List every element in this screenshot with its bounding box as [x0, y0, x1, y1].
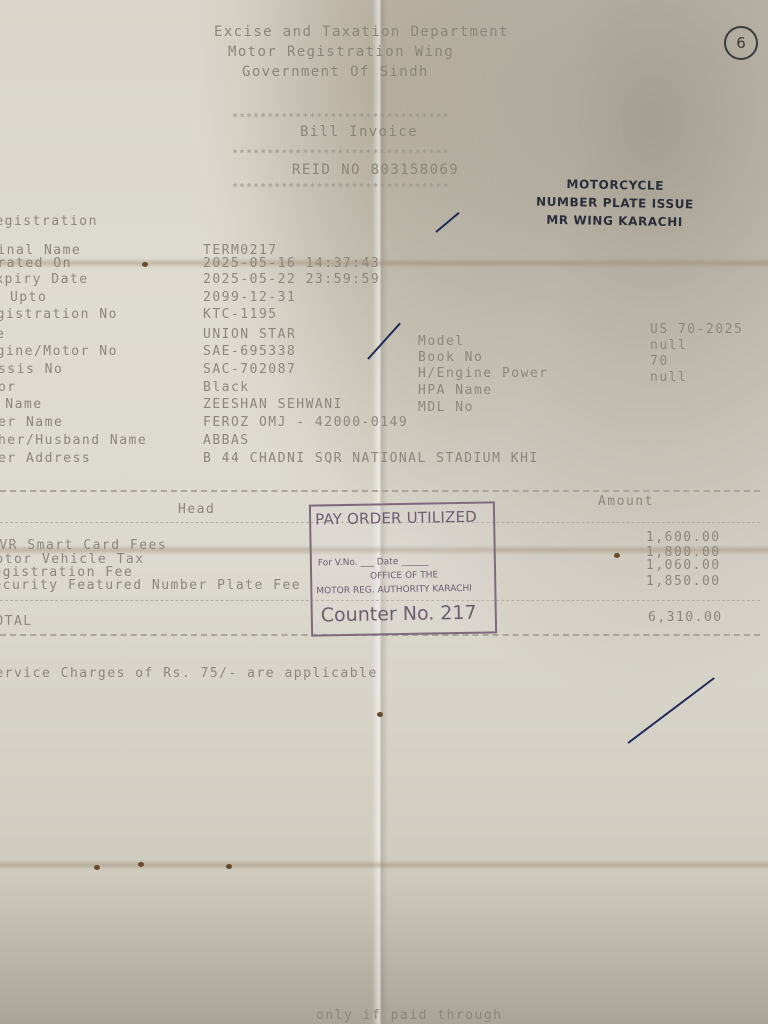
column-header-head: Head [178, 502, 215, 517]
field-label: Expiry Date [0, 272, 89, 287]
rust-spot [94, 865, 100, 870]
total-label: TOTAL [0, 614, 33, 629]
field-label: Engine/Motor No [0, 344, 118, 359]
column-header-amount: Amount [598, 494, 654, 509]
field-value: 70 [650, 354, 669, 369]
field-label: Father/Husband Name [0, 433, 147, 448]
table-top-divider [0, 490, 760, 492]
field-value: Black [203, 380, 250, 395]
stamp-line: OFFICE OF THE [370, 570, 438, 581]
stars-divider: ******************************* [232, 182, 450, 193]
field-label: H/Engine Power [418, 366, 549, 381]
field-label: Color [0, 380, 17, 395]
section-title: Registration [0, 214, 98, 229]
field-value: null [650, 338, 687, 353]
field-label: Owner Name [0, 415, 63, 430]
department-title: Excise and Taxation Department [214, 24, 509, 40]
number-plate-stamp: MOTORCYCLE NUMBER PLATE ISSUE MR WING KA… [536, 175, 695, 232]
field-label: Dealer Name [0, 397, 43, 412]
field-value: B 44 CHADNI SQR NATIONAL STADIUM KHI [203, 451, 539, 466]
field-value: 2025-05-22 23:59:59 [203, 272, 380, 287]
field-label: Chassis No [0, 362, 63, 377]
field-label: Make [0, 327, 5, 342]
field-value: KTC-1195 [203, 307, 278, 322]
field-value: null [650, 370, 687, 385]
bottom-note: only if paid through [316, 1008, 503, 1023]
total-amount: 6,310.00 [648, 610, 723, 625]
rust-spot [614, 553, 620, 558]
stamp-counter: Counter No. 217 [321, 602, 477, 627]
stamp-line: MR WING KARACHI [536, 211, 694, 232]
rust-spot [138, 862, 144, 867]
reference-number: REID NO 803158069 [292, 162, 459, 178]
field-label: Registration No [0, 307, 118, 322]
invoice-title: Bill Invoice [300, 124, 418, 140]
invoice-paper: Excise and Taxation Department Motor Reg… [0, 0, 768, 1024]
rust-spot [142, 262, 148, 267]
pen-mark [627, 677, 714, 744]
government-title: Government Of Sindh [242, 64, 429, 80]
field-value: US 70-2025 [650, 322, 743, 337]
field-value: ZEESHAN SEHWANI [203, 397, 343, 412]
stamp-line: MOTOR REG. AUTHORITY KARACHI [316, 584, 472, 597]
field-value: SAE-695338 [203, 344, 296, 359]
fee-head: Security Featured Number Plate Fee [0, 578, 301, 593]
pen-mark [435, 212, 459, 233]
field-value: 2099-12-31 [203, 290, 296, 305]
service-charges-note: Service Charges of Rs. 75/- are applicab… [0, 666, 378, 681]
rust-spot [377, 712, 383, 717]
field-label: Model [418, 334, 465, 349]
field-label: Owner Address [0, 451, 91, 466]
fee-amount: 1,060.00 [646, 558, 721, 573]
field-label: HPA Name [418, 383, 493, 398]
fee-amount: 1,850.00 [646, 574, 721, 589]
field-value: ABBAS [203, 433, 250, 448]
fee-head: MVR Smart Card Fees [0, 538, 167, 553]
fold-crease-horizontal [0, 258, 768, 268]
stars-divider: ******************************* [232, 148, 450, 159]
field-value: SAC-702087 [203, 362, 296, 377]
stamp-line: For V.No. ___ Date ______ [318, 557, 428, 569]
page-number-circle: 6 [724, 26, 758, 60]
wing-title: Motor Registration Wing [228, 44, 454, 60]
pay-order-stamp: PAY ORDER UTILIZED For V.No. ___ Date __… [309, 501, 497, 636]
fold-crease-horizontal [0, 860, 768, 870]
stars-divider: ******************************* [232, 112, 450, 123]
field-label: Valid Upto [0, 290, 47, 305]
field-label: Generated On [0, 256, 72, 271]
field-value: FEROZ OMJ - 42000-0149 [203, 415, 408, 430]
rust-spot [226, 864, 232, 869]
fee-amount: 1,600.00 [646, 530, 721, 545]
field-value: UNION STAR [203, 327, 296, 342]
field-value: 2025-05-16 14:37:43 [203, 256, 380, 271]
field-label: MDL No [418, 400, 474, 415]
stamp-title: PAY ORDER UTILIZED [315, 508, 477, 529]
field-label: Book No [418, 350, 483, 365]
